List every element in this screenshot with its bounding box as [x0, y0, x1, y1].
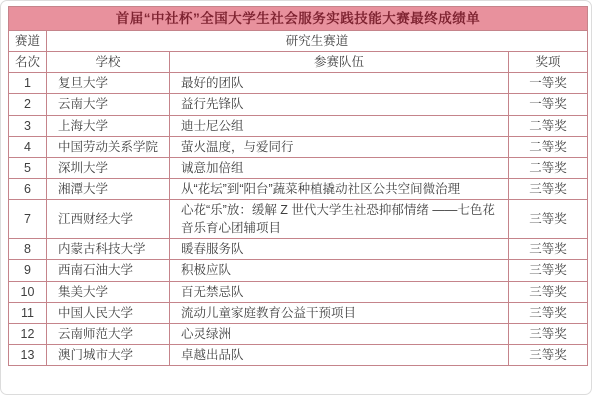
table-row: 12 云南师范大学 心灵绿洲 三等奖: [9, 323, 588, 344]
team-cell: 萤火温度，与爱同行: [170, 136, 509, 157]
rank-cell: 7: [9, 200, 47, 239]
rank-cell: 4: [9, 136, 47, 157]
award-cell: 三等奖: [509, 200, 588, 239]
rank-cell: 12: [9, 323, 47, 344]
rank-cell: 3: [9, 115, 47, 136]
award-cell: 三等奖: [509, 302, 588, 323]
column-header-row: 名次 学校 参赛队伍 奖项: [9, 52, 588, 73]
team-cell: 从“花坛”到“阳台”蔬菜种植撬动社区公共空间微治理: [170, 178, 509, 199]
table-row: 9 西南石油大学 积极应队 三等奖: [9, 260, 588, 281]
team-cell: 流动儿童家庭教育公益干预项目: [170, 302, 509, 323]
school-cell: 中国劳动关系学院: [47, 136, 170, 157]
award-cell: 二等奖: [509, 115, 588, 136]
team-cell: 积极应队: [170, 260, 509, 281]
column-header-school: 学校: [47, 52, 170, 73]
table-row: 6 湘潭大学 从“花坛”到“阳台”蔬菜种植撬动社区公共空间微治理 三等奖: [9, 178, 588, 199]
award-cell: 二等奖: [509, 157, 588, 178]
track-value: 研究生赛道: [47, 31, 588, 52]
award-cell: 三等奖: [509, 344, 588, 365]
school-cell: 澳门城市大学: [47, 344, 170, 365]
team-cell: 暖春服务队: [170, 239, 509, 260]
rank-cell: 13: [9, 344, 47, 365]
award-cell: 一等奖: [509, 94, 588, 115]
track-label: 赛道: [9, 31, 47, 52]
award-cell: 三等奖: [509, 323, 588, 344]
rank-cell: 8: [9, 239, 47, 260]
table-row: 4 中国劳动关系学院 萤火温度，与爱同行 二等奖: [9, 136, 588, 157]
team-cell: 最好的团队: [170, 73, 509, 94]
results-card: 首届“中社杯”全国大学生社会服务实践技能大赛最终成绩单 赛道 研究生赛道 名次 …: [0, 0, 592, 395]
team-cell: 心灵绿洲: [170, 323, 509, 344]
table-row: 10 集美大学 百无禁忌队 三等奖: [9, 281, 588, 302]
team-cell: 百无禁忌队: [170, 281, 509, 302]
track-row: 赛道 研究生赛道: [9, 31, 588, 52]
team-cell: 心花“乐”放：缓解 Z 世代大学生社恐抑郁情绪 ——七色花音乐育心团辅项目: [170, 200, 509, 239]
rank-cell: 6: [9, 178, 47, 199]
school-cell: 西南石油大学: [47, 260, 170, 281]
rank-cell: 1: [9, 73, 47, 94]
award-cell: 三等奖: [509, 260, 588, 281]
rank-cell: 10: [9, 281, 47, 302]
school-cell: 云南师范大学: [47, 323, 170, 344]
team-cell: 诚意加倍组: [170, 157, 509, 178]
school-cell: 深圳大学: [47, 157, 170, 178]
team-cell: 卓越出品队: [170, 344, 509, 365]
school-cell: 中国人民大学: [47, 302, 170, 323]
school-cell: 云南大学: [47, 94, 170, 115]
title-row: 首届“中社杯”全国大学生社会服务实践技能大赛最终成绩单: [9, 7, 588, 31]
school-cell: 复旦大学: [47, 73, 170, 94]
award-cell: 三等奖: [509, 281, 588, 302]
school-cell: 内蒙古科技大学: [47, 239, 170, 260]
column-header-rank: 名次: [9, 52, 47, 73]
school-cell: 上海大学: [47, 115, 170, 136]
rank-cell: 2: [9, 94, 47, 115]
rank-cell: 5: [9, 157, 47, 178]
column-header-award: 奖项: [509, 52, 588, 73]
team-cell: 益行先锋队: [170, 94, 509, 115]
table-row: 11 中国人民大学 流动儿童家庭教育公益干预项目 三等奖: [9, 302, 588, 323]
team-cell: 迪士尼公组: [170, 115, 509, 136]
table-row: 1 复旦大学 最好的团队 一等奖: [9, 73, 588, 94]
column-header-team: 参赛队伍: [170, 52, 509, 73]
school-cell: 集美大学: [47, 281, 170, 302]
school-cell: 江西财经大学: [47, 200, 170, 239]
page-title: 首届“中社杯”全国大学生社会服务实践技能大赛最终成绩单: [9, 7, 588, 31]
table-row: 2 云南大学 益行先锋队 一等奖: [9, 94, 588, 115]
table-row: 13 澳门城市大学 卓越出品队 三等奖: [9, 344, 588, 365]
award-cell: 三等奖: [509, 239, 588, 260]
table-row: 7 江西财经大学 心花“乐”放：缓解 Z 世代大学生社恐抑郁情绪 ——七色花音乐…: [9, 200, 588, 239]
school-cell: 湘潭大学: [47, 178, 170, 199]
table-row: 5 深圳大学 诚意加倍组 二等奖: [9, 157, 588, 178]
table-row: 3 上海大学 迪士尼公组 二等奖: [9, 115, 588, 136]
table-row: 8 内蒙古科技大学 暖春服务队 三等奖: [9, 239, 588, 260]
award-cell: 二等奖: [509, 136, 588, 157]
rank-cell: 11: [9, 302, 47, 323]
results-table: 首届“中社杯”全国大学生社会服务实践技能大赛最终成绩单 赛道 研究生赛道 名次 …: [8, 6, 588, 366]
award-cell: 三等奖: [509, 178, 588, 199]
award-cell: 一等奖: [509, 73, 588, 94]
rank-cell: 9: [9, 260, 47, 281]
